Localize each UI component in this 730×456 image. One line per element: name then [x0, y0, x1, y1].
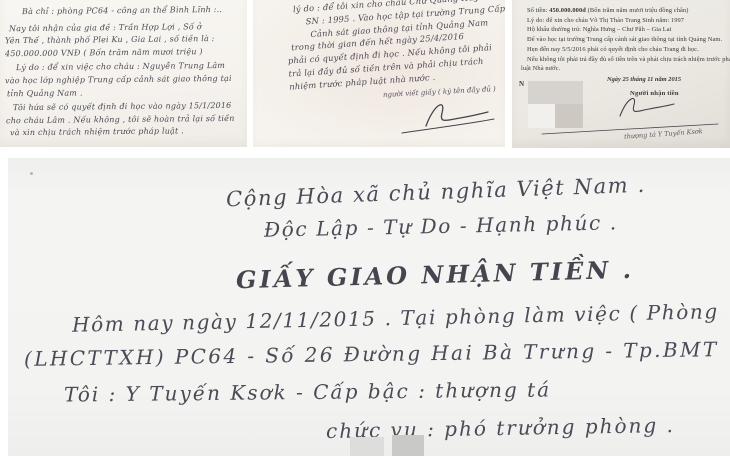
- censor-block: [350, 437, 384, 456]
- money-handover-note: Cộng Hòa xã chủ nghĩa Việt Nam . Độc Lập…: [8, 158, 730, 456]
- amount-words: (Bốn trăm năm mươi triệu đồng chẵn): [586, 7, 689, 14]
- document-title: GIẤY GIAO NHẬN TIỀN .: [236, 255, 635, 294]
- handwritten-note-left: Bà chỉ : phòng PC64 - công an thể Bình L…: [0, 0, 247, 147]
- paper-speck: [30, 172, 33, 175]
- receipt-line: Hộ khẩu thường trú: Nghĩa Hưng – Chư Păh…: [521, 25, 724, 35]
- note-line: và xin chịu trách nhiệm trước pháp luật …: [4, 125, 243, 140]
- receipt-amount-line: Số tiền: 450.000.000đ (Bốn trăm năm mươi…: [521, 6, 724, 16]
- national-motto-line1: Cộng Hòa xã chủ nghĩa Việt Nam .: [226, 173, 646, 212]
- typed-receipt: Số tiền: 450.000.000đ (Bốn trăm năm mươi…: [512, 0, 730, 148]
- receipt-line: Nếu không tôi phải trả đầy đủ số tiền tr…: [521, 55, 724, 65]
- receipt-date: Ngày 25 tháng 11 năm 2015: [607, 76, 681, 83]
- note-line: tỉnh Quảng Nam .: [4, 85, 243, 100]
- receipt-line: Để vào học tại trường Trung cấp cảnh sát…: [521, 35, 724, 45]
- body-line: Tôi : Y Tuyến Ksơk - Cấp bậc : thượng tá: [64, 377, 551, 406]
- national-motto-line2: Độc Lập - Tự Do - Hạnh phúc .: [264, 210, 618, 241]
- body-line: Hôm nay ngày 12/11/2015 . Tại phòng làm …: [72, 299, 719, 337]
- amount-value: 450.000.000đ: [549, 7, 586, 14]
- censor-block: [392, 435, 424, 456]
- signature-scribble: [398, 96, 498, 144]
- receipt-line: Lý do: để xin cho cháu Võ Thị Thảo Trang…: [521, 16, 724, 26]
- amount-label: Số tiền:: [527, 7, 549, 14]
- note-text-block: lý do : để tôi xin cho cháu Chữ Quang Hu…: [253, 0, 505, 94]
- note-line: Bà chỉ : phòng PC64 - công an thể Bình L…: [4, 4, 243, 19]
- receipt-line: Hẹn đến nay 5/5/2016 phải có quyết định …: [521, 45, 724, 55]
- handwritten-note-middle: lý do : để tôi xin cho cháu Chữ Quang Hu…: [253, 0, 505, 147]
- documents-photo: Bà chỉ : phòng PC64 - công an thể Bình L…: [0, 0, 730, 456]
- note-line: 450.000.000 VNĐ ( Bốn trăm năm mươi triệ…: [4, 46, 243, 61]
- censored-name-initial: N: [519, 80, 524, 88]
- censor-block: [528, 81, 583, 104]
- body-line: (LHCTTXH) PC64 - Số 26 Đường Hai Bà Trưn…: [24, 337, 719, 371]
- receipt-line: luật Nhà nước.: [521, 64, 724, 74]
